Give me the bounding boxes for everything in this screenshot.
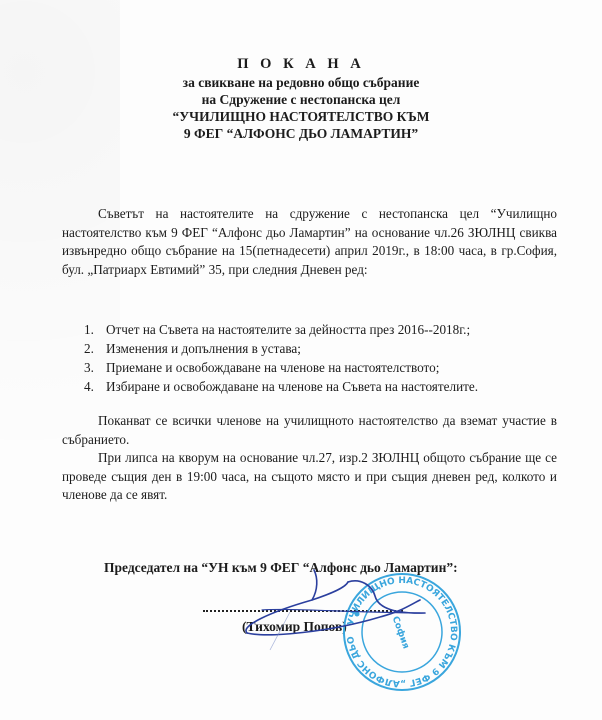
invitation-paragraph: Поканват се всички членове на училищното… bbox=[62, 412, 557, 449]
subtitle-line-3: “УЧИЛИЩНО НАСТОЯТЕЛСТВО КЪМ bbox=[0, 108, 602, 125]
agenda-item-number: 1. bbox=[84, 320, 106, 339]
agenda-item: 1. Отчет на Съвета на настоятелите за де… bbox=[84, 320, 478, 339]
signer-name: (Тихомир Попов) bbox=[242, 619, 347, 635]
subtitle-line-2: на Сдружение с нестопанска цел bbox=[0, 91, 602, 108]
subtitle-line-1: за свикване на редовно общо събрание bbox=[0, 74, 602, 91]
stamp-center-text: София bbox=[390, 615, 411, 650]
quorum-paragraph-text: При липса на кворум на основание чл.27, … bbox=[62, 449, 557, 505]
agenda-item-text: Приемане и освобождаване на членове на н… bbox=[106, 358, 439, 377]
subtitle-line-4: 9 ФЕГ “АЛФОНС ДЬО ЛАМАРТИН” bbox=[0, 125, 602, 142]
agenda-item-text: Изменения и допълнения в устава; bbox=[106, 339, 301, 358]
invitation-paragraph-text: Поканват се всички членове на училищното… bbox=[62, 412, 557, 449]
agenda-item-text: Отчет на Съвета на настоятелите за дейно… bbox=[106, 320, 470, 339]
document-title: П О К А Н А bbox=[0, 56, 602, 73]
intro-paragraph-text: Съветът на настоятелите на сдружение с н… bbox=[62, 205, 557, 279]
agenda-item-number: 2. bbox=[84, 339, 106, 358]
signature-dotted-line bbox=[203, 607, 403, 612]
agenda-list: 1. Отчет на Съвета на настоятелите за де… bbox=[84, 320, 478, 396]
chairman-label: Председател на “УН към 9 ФЕГ “Алфонс дьо… bbox=[104, 560, 458, 576]
agenda-item-number: 3. bbox=[84, 358, 106, 377]
agenda-item-number: 4. bbox=[84, 377, 106, 396]
quorum-paragraph: При липса на кворум на основание чл.27, … bbox=[62, 449, 557, 505]
agenda-item: 2. Изменения и допълнения в устава; bbox=[84, 339, 478, 358]
scanned-document-page: П О К А Н А за свикване на редовно общо … bbox=[0, 0, 602, 720]
agenda-item: 3. Приемане и освобождаване на членове н… bbox=[84, 358, 478, 377]
agenda-item-text: Избиране и освобождаване на членове на С… bbox=[106, 377, 478, 396]
agenda-item: 4. Избиране и освобождаване на членове н… bbox=[84, 377, 478, 396]
intro-paragraph: Съветът на настоятелите на сдружение с н… bbox=[62, 205, 557, 279]
